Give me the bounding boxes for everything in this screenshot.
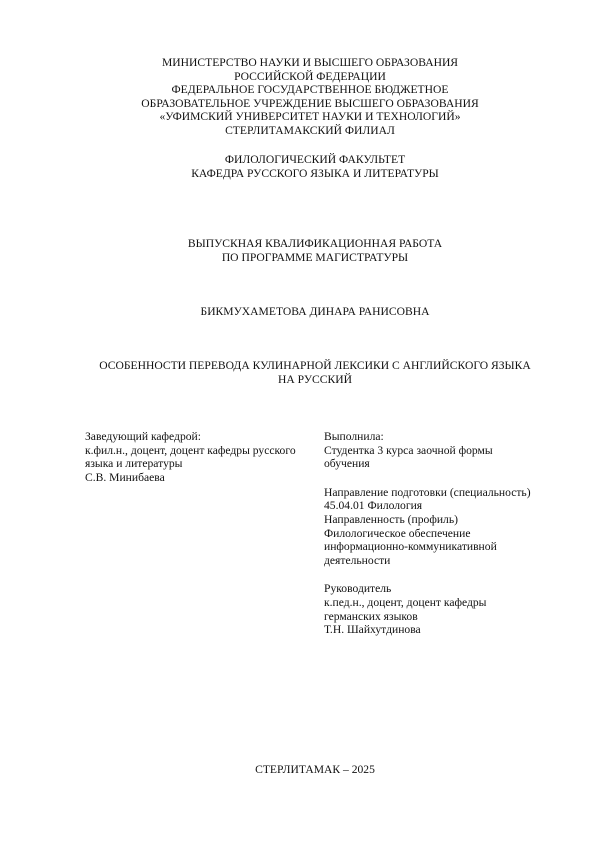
title-line: ОСОБЕННОСТИ ПЕРЕВОДА КУЛИНАРНОЙ ЛЕКСИКИ …: [80, 359, 550, 373]
faculty-header: ФИЛОЛОГИЧЕСКИЙ ФАКУЛЬТЕТ КАФЕДРА РУССКОГ…: [80, 153, 550, 180]
ministry-header: МИНИСТЕРСТВО НАУКИ И ВЫСШЕГО ОБРАЗОВАНИЯ…: [140, 56, 480, 138]
direction-label: Направление подготовки (специальность): [324, 486, 564, 500]
supervisor-position: германских языков: [324, 610, 564, 624]
ministry-line: «УФИМСКИЙ УНИВЕРСИТЕТ НАУКИ И ТЕХНОЛОГИЙ…: [140, 110, 480, 124]
ministry-line: РОССИЙСКОЙ ФЕДЕРАЦИИ: [140, 70, 480, 84]
author-line: БИКМУХАМЕТОВА ДИНАРА РАНИСОВНА: [80, 305, 550, 319]
city-year: СТЕРЛИТАМАК – 2025: [80, 763, 550, 777]
supervisor-name: Т.Н. Шайхутдинова: [324, 623, 564, 637]
author-name: БИКМУХАМЕТОВА ДИНАРА РАНИСОВНА: [80, 305, 550, 319]
work-type-line: ПО ПРОГРАММЕ МАГИСТРАТУРЫ: [80, 251, 550, 265]
title-page: МИНИСТЕРСТВО НАУКИ И ВЫСШЕГО ОБРАЗОВАНИЯ…: [0, 0, 595, 841]
performer-description: Студентка 3 курса заочной формы: [324, 444, 564, 458]
ministry-line: ФЕДЕРАЛЬНОЕ ГОСУДАРСТВЕННОЕ БЮДЖЕТНОЕ: [140, 83, 480, 97]
supervisor-position: к.пед.н., доцент, доцент кафедры: [324, 596, 564, 610]
thesis-title: ОСОБЕННОСТИ ПЕРЕВОДА КУЛИНАРНОЙ ЛЕКСИКИ …: [80, 359, 550, 386]
faculty-line: ФИЛОЛОГИЧЕСКИЙ ФАКУЛЬТЕТ: [80, 153, 550, 167]
supervisor-label: Руководитель: [324, 582, 564, 596]
performer-description: обучения: [324, 457, 564, 471]
head-label: Заведующий кафедрой:: [85, 430, 325, 444]
department-line: КАФЕДРА РУССКОГО ЯЗЫКА И ЛИТЕРАТУРЫ: [80, 167, 550, 181]
profile-label: Направленность (профиль): [324, 513, 564, 527]
title-line: НА РУССКИЙ: [80, 373, 550, 387]
spacer: [324, 471, 564, 486]
head-name: С.В. Минибаева: [85, 471, 325, 485]
work-type: ВЫПУСКНАЯ КВАЛИФИКАЦИОННАЯ РАБОТА ПО ПРО…: [80, 237, 550, 264]
spacer: [324, 567, 564, 582]
performer-label: Выполнила:: [324, 430, 564, 444]
profile-value: информационно-коммуникативной: [324, 540, 564, 554]
performer-block: Выполнила: Студентка 3 курса заочной фор…: [324, 430, 564, 637]
profile-value: Филологическое обеспечение: [324, 527, 564, 541]
ministry-line: СТЕРЛИТАМАКСКИЙ ФИЛИАЛ: [140, 124, 480, 138]
direction-value: 45.04.01 Филология: [324, 499, 564, 513]
head-position: языка и литературы: [85, 457, 325, 471]
city-year-line: СТЕРЛИТАМАК – 2025: [80, 763, 550, 777]
work-type-line: ВЫПУСКНАЯ КВАЛИФИКАЦИОННАЯ РАБОТА: [80, 237, 550, 251]
ministry-line: МИНИСТЕРСТВО НАУКИ И ВЫСШЕГО ОБРАЗОВАНИЯ: [140, 56, 480, 70]
ministry-line: ОБРАЗОВАТЕЛЬНОЕ УЧРЕЖДЕНИЕ ВЫСШЕГО ОБРАЗ…: [140, 97, 480, 111]
head-of-department-block: Заведующий кафедрой: к.фил.н., доцент, д…: [85, 430, 325, 484]
head-position: к.фил.н., доцент, доцент кафедры русског…: [85, 444, 325, 458]
profile-value: деятельности: [324, 554, 564, 568]
